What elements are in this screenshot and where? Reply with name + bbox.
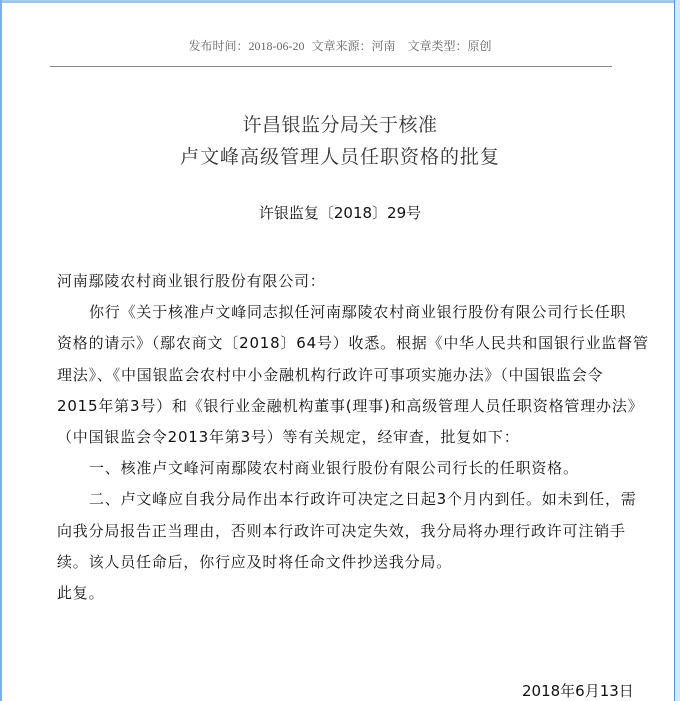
publish-label: 发布时间 bbox=[188, 39, 236, 53]
type-value: 原创 bbox=[468, 39, 492, 53]
approval-item-1: 一、核准卢文峰河南鄢陵农村商业银行股份有限公司行长的任职资格。 bbox=[57, 453, 637, 484]
window-frame-right bbox=[674, 0, 680, 701]
window-frame-left bbox=[0, 0, 2, 701]
meta-separator: ： bbox=[359, 39, 371, 53]
body-line: 向我分局报告正当理由，否则本行政许可决定失效，我分局将办理行政许可注销手 bbox=[57, 516, 637, 547]
meta-separator: ： bbox=[456, 39, 468, 53]
meta-separator: ： bbox=[236, 39, 248, 53]
document-window: 发布时间：2018-06-20文章来源：河南文章类型：原创 许昌银监分局关于核准… bbox=[0, 0, 680, 701]
body-line: 2015年第3号）和《银行业金融机构董事(理事)和高级管理人员任职资格管理办法》 bbox=[57, 391, 637, 422]
addressee: 河南鄢陵农村商业银行股份有限公司： bbox=[57, 266, 637, 297]
source-value: 河南 bbox=[372, 39, 396, 53]
type-label: 文章类型 bbox=[408, 39, 456, 53]
source-label: 文章来源 bbox=[311, 39, 359, 53]
document-body: 河南鄢陵农村商业银行股份有限公司： 你行《关于核准卢文峰同志拟任河南鄢陵农村商业… bbox=[57, 266, 637, 609]
body-line: 续。该人员任命后，你行应及时将任命文件抄送我分局。 bbox=[57, 547, 637, 578]
body-line: 你行《关于核准卢文峰同志拟任河南鄢陵农村商业银行股份有限公司行长任职 bbox=[57, 297, 637, 328]
window-frame-top bbox=[0, 0, 680, 3]
body-line: （中国银监会令2013年第3号）等有关规定，经审查，批复如下： bbox=[57, 422, 637, 453]
closing: 此复。 bbox=[57, 578, 637, 609]
document-title-line-2: 卢文峰高级管理人员任职资格的批复 bbox=[0, 142, 680, 169]
body-line: 资格的请示》（鄢农商文〔2018〕64号）收悉。根据《中华人民共和国银行业监督管 bbox=[57, 328, 637, 359]
article-meta: 发布时间：2018-06-20文章来源：河南文章类型：原创 bbox=[0, 37, 680, 54]
sign-date: 2018年6月13日 bbox=[522, 680, 634, 701]
publish-date: 2018-06-20 bbox=[248, 39, 304, 53]
document-number: 许银监复〔2018〕29号 bbox=[0, 202, 680, 223]
body-line: 理法》、《中国银监会农村中小金融机构行政许可事项实施办法》（中国银监会令 bbox=[57, 360, 637, 391]
header-divider bbox=[50, 66, 612, 67]
approval-item-2: 二、卢文峰应自我分局作出本行政许可决定之日起3个月内到任。如未到任，需 bbox=[57, 484, 637, 515]
document-title-line-1: 许昌银监分局关于核准 bbox=[0, 110, 680, 137]
